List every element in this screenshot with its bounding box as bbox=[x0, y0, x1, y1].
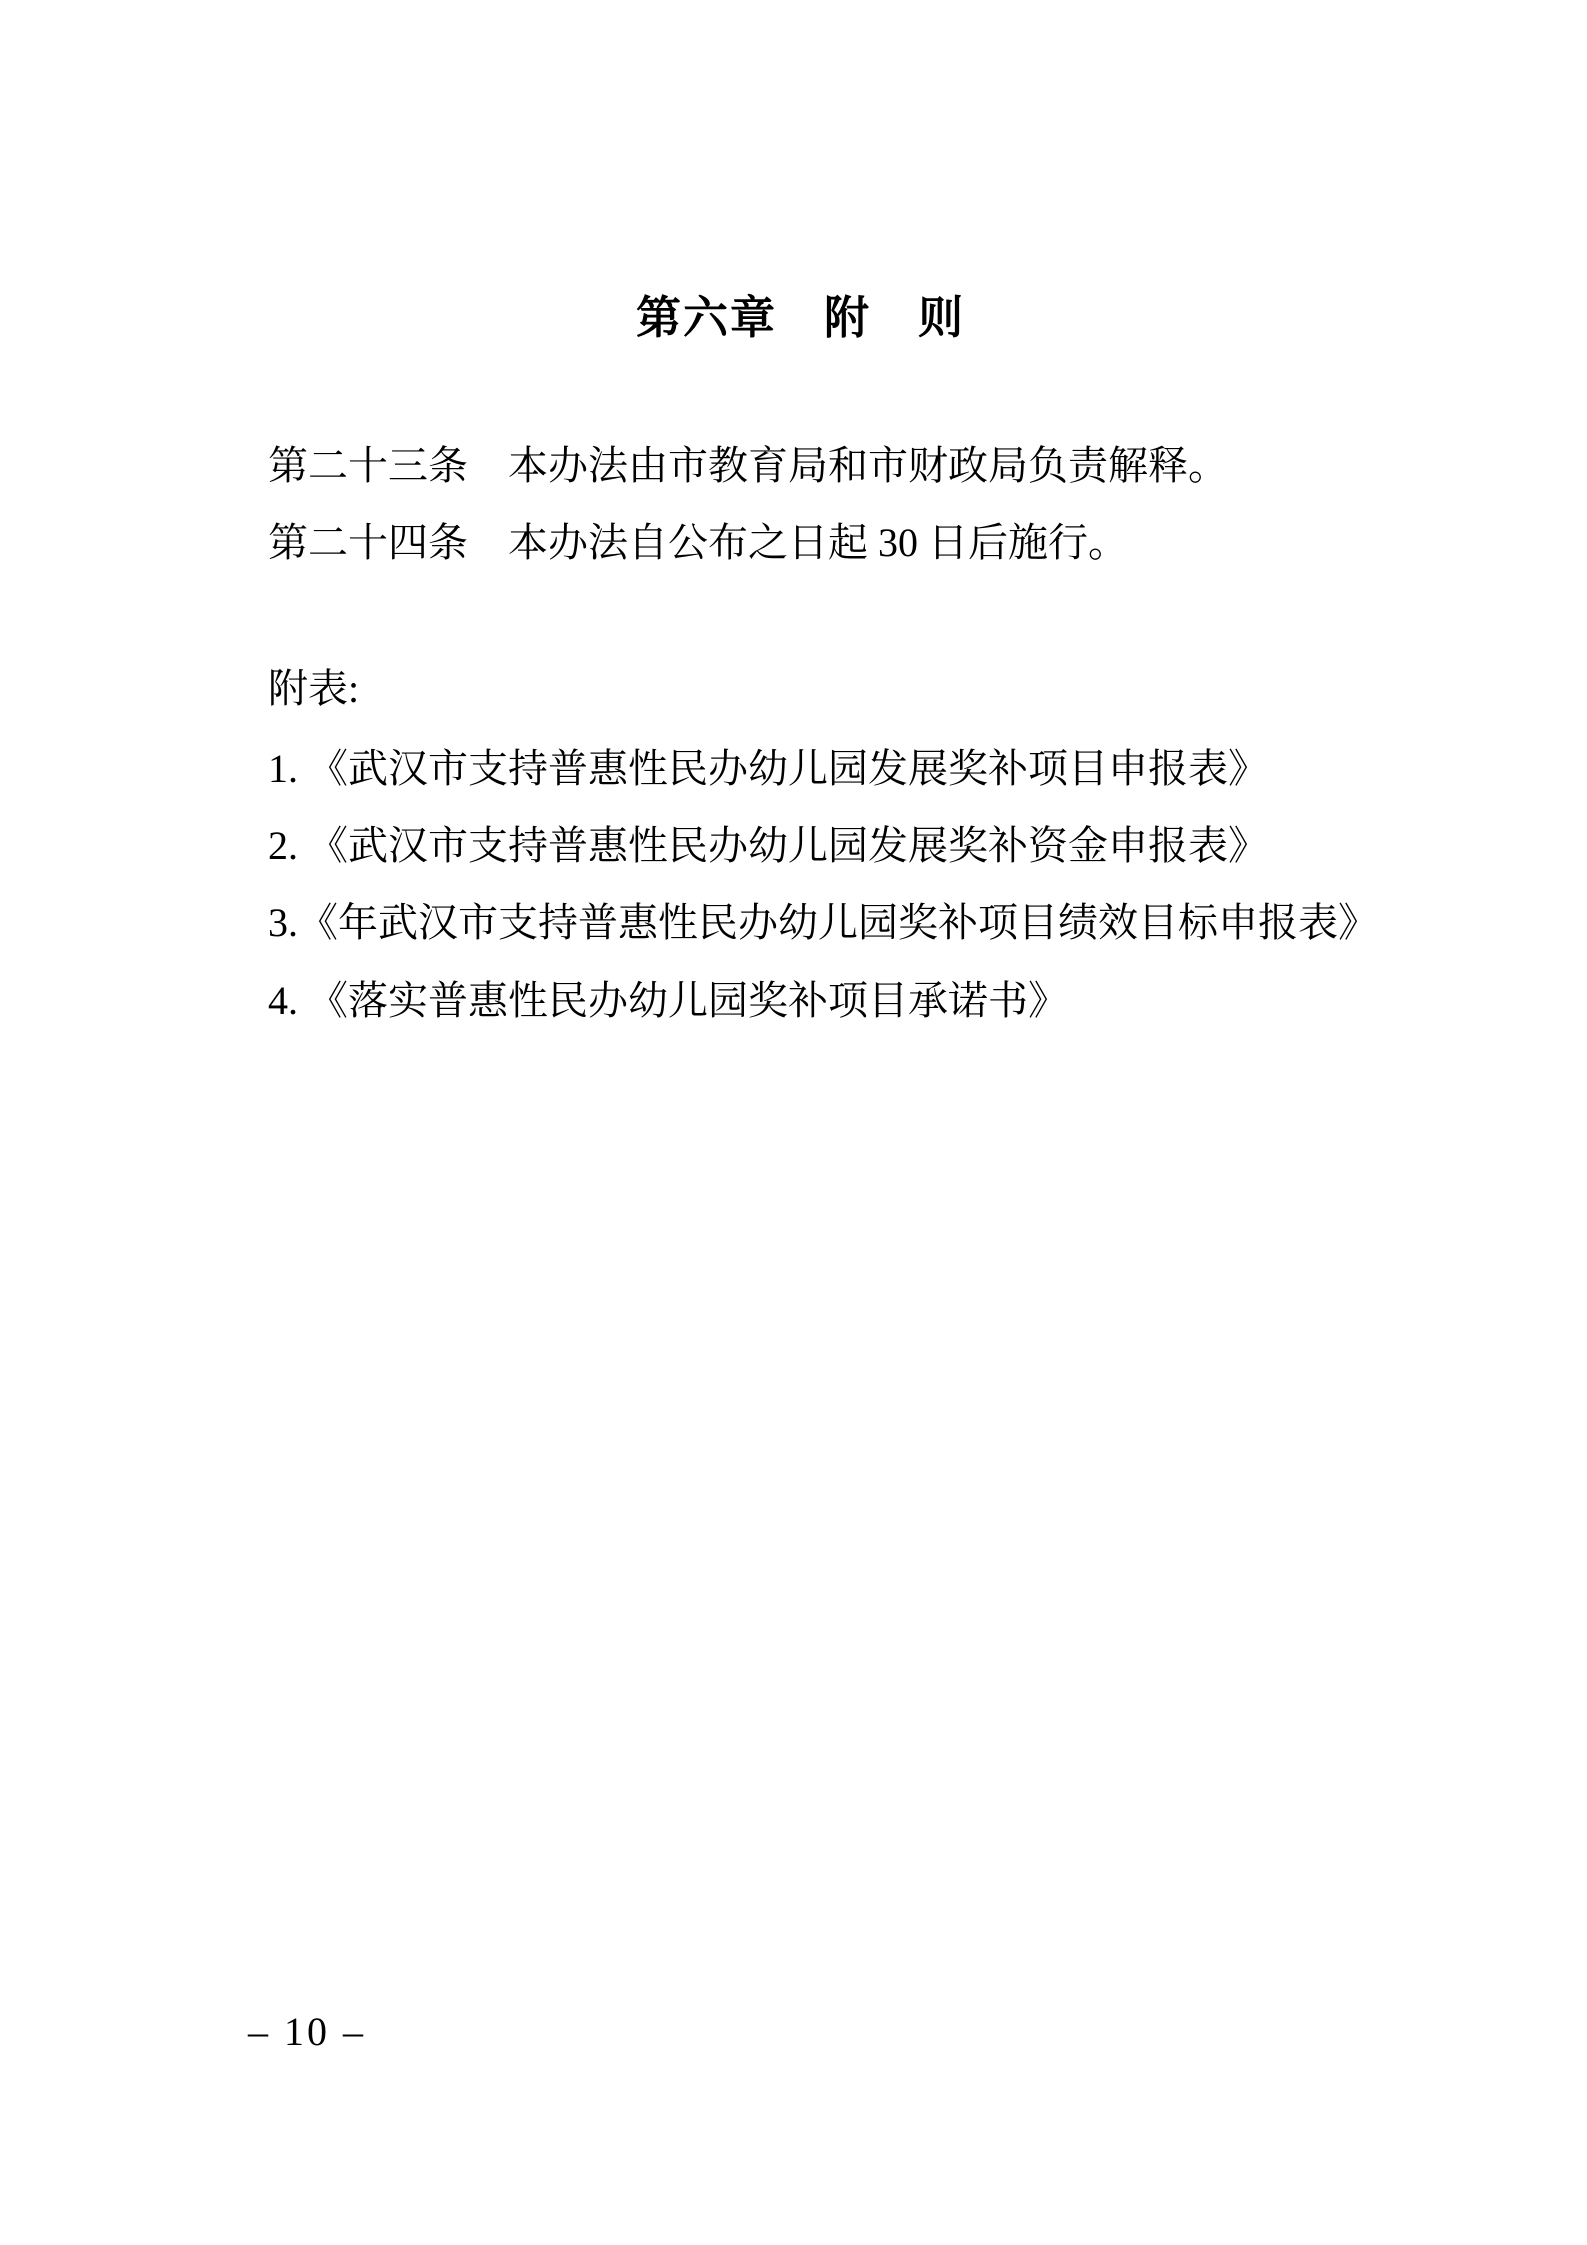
article-23-text: 第二十三条 本办法由市教育局和市财政局负责解释。 bbox=[268, 442, 1228, 490]
document-page: 第六章 附 则 第二十三条 本办法由市教育局和市财政局负责解释。 第二十四条 本… bbox=[0, 0, 1587, 2245]
attachment-item-3: 3.《年武汉市支持普惠性民办幼儿园奖补项目绩效目标申报表》 bbox=[268, 899, 1378, 947]
page-number: – 10 – bbox=[248, 2008, 366, 2056]
attachments-label: 附表: bbox=[268, 665, 359, 713]
attachment-item-2: 2. 《武汉市支持普惠性民办幼儿园发展奖补资金申报表》 bbox=[268, 822, 1268, 870]
article-24-text: 第二十四条 本办法自公布之日起 30 日后施行。 bbox=[268, 519, 1128, 567]
chapter-title: 第六章 附 则 bbox=[0, 293, 1587, 343]
attachment-item-1: 1. 《武汉市支持普惠性民办幼儿园发展奖补项目申报表》 bbox=[268, 745, 1268, 793]
attachment-item-4: 4. 《落实普惠性民办幼儿园奖补项目承诺书》 bbox=[268, 977, 1068, 1025]
